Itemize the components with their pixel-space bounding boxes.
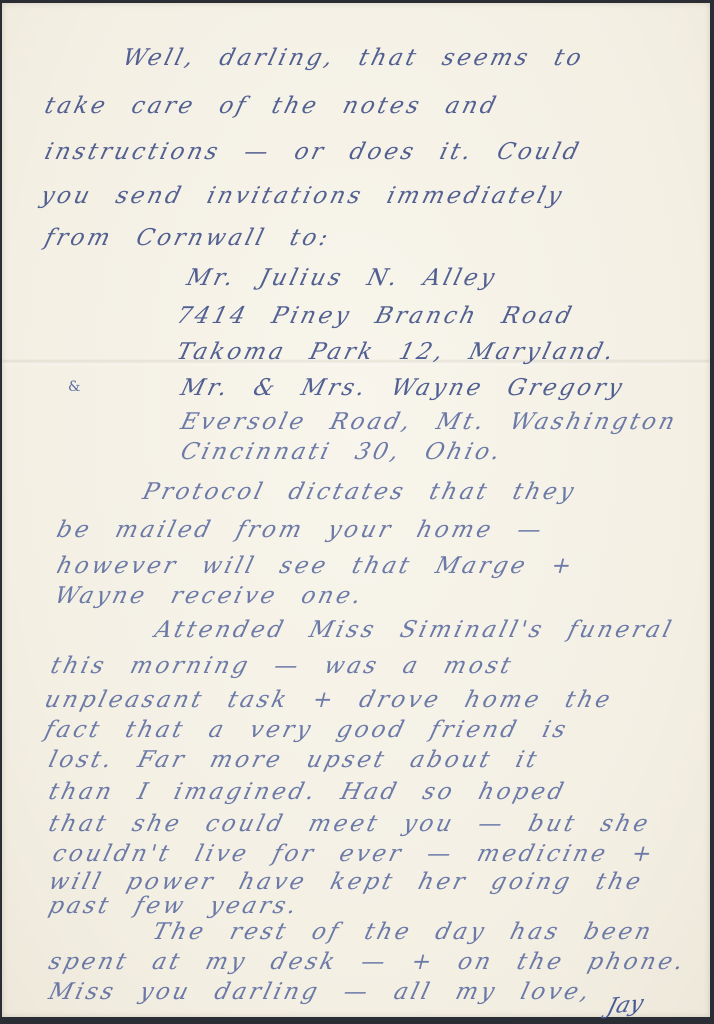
- letter-line: you send invitations immediately: [38, 183, 567, 209]
- letter-line: spent at my desk — + on the phone.: [46, 949, 689, 975]
- letter-line: take care of the notes and: [42, 93, 501, 119]
- address-line: Mr. & Mrs. Wayne Gregory: [178, 375, 627, 401]
- address-line: 7414 Piney Branch Road: [174, 303, 577, 329]
- address-line: Mr. Julius N. Alley: [184, 265, 500, 291]
- address-line: Takoma Park 12, Maryland.: [174, 339, 619, 365]
- letter-line: lost. Far more upset about it: [46, 747, 542, 773]
- letter-line: Wayne receive one.: [52, 583, 367, 609]
- letter-line: fact that a very good friend is: [42, 717, 571, 743]
- margin-mark: &: [68, 379, 80, 395]
- letter-line: that she could meet you — but she: [46, 811, 653, 837]
- letter-line: however will see that Marge +: [54, 553, 577, 579]
- letter-line: than I imagined. Had so hoped: [46, 779, 569, 805]
- letter-line: past few years.: [46, 893, 302, 919]
- address-line: Cincinnati 30, Ohio.: [178, 439, 505, 465]
- letter-line: couldn't live for ever — medicine +: [50, 841, 658, 867]
- letter-line: from Cornwall to:: [42, 225, 333, 251]
- letter-line: unpleasant task + drove home the: [42, 687, 616, 713]
- signature: Jay: [604, 991, 646, 1019]
- address-line: Eversole Road, Mt. Washington: [178, 409, 680, 435]
- letter-line: Attended Miss Siminall's funeral: [152, 617, 677, 643]
- letter-page: Well, darling, that seems to take care o…: [2, 3, 710, 1017]
- letter-line: this morning — was a most: [48, 653, 516, 679]
- letter-line: be mailed from your home —: [54, 517, 547, 543]
- letter-line: will power have kept her going the: [46, 869, 646, 895]
- letter-line: The rest of the day has been: [150, 919, 656, 945]
- letter-line: Miss you darling — all my love,: [46, 979, 595, 1005]
- letter-line: instructions — or does it. Could: [42, 139, 584, 165]
- letter-line: Protocol dictates that they: [140, 479, 579, 505]
- letter-line: Well, darling, that seems to: [120, 45, 587, 71]
